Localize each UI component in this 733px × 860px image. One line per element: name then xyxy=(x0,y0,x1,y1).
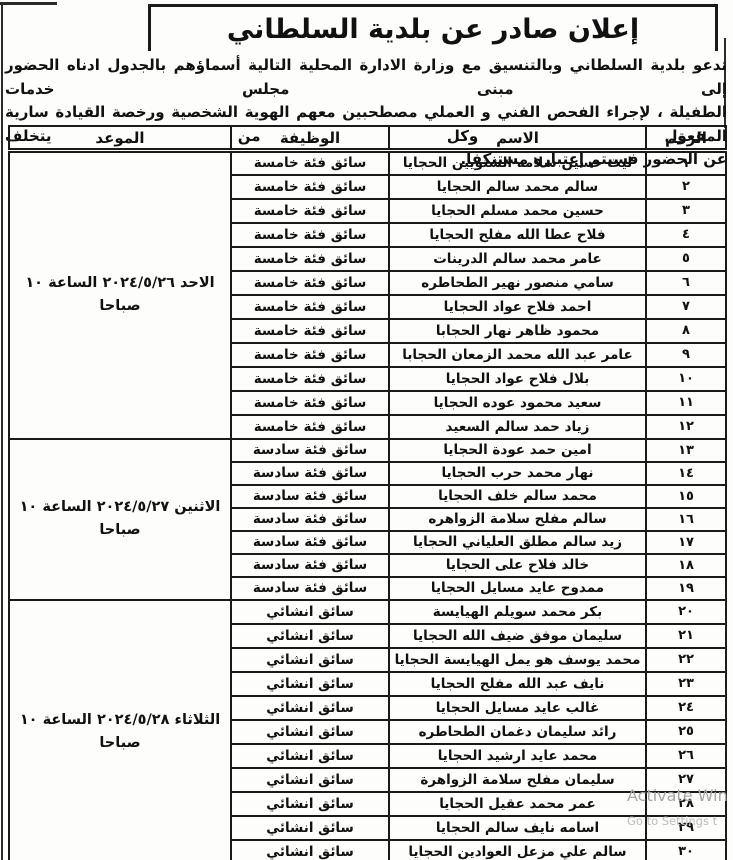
announcement-page: إعلان صادر عن بلدية السلطاني تدعو بلدية … xyxy=(0,0,733,860)
col-header-job: الوظيفة xyxy=(231,126,389,151)
cell-job: سائق انشائي xyxy=(231,744,389,768)
page-border-left xyxy=(1,3,3,860)
cell-number: ١٩ xyxy=(646,577,726,600)
cell-appointment-date: الاثنين ٢٠٢٤/٥/٢٧ الساعة ١٠صباحا xyxy=(9,439,231,600)
cell-name: بلال فلاح عواد الحجايا xyxy=(389,367,646,391)
cell-job: سائق فئة خامسة xyxy=(231,367,389,391)
table-row: ١٣امين حمد عودة الحجاياسائق فئة سادسةالا… xyxy=(9,439,726,462)
cell-number: ٣٠ xyxy=(646,840,726,860)
cell-job: سائق انشائي xyxy=(231,840,389,860)
cell-job: سائق فئة سادسة xyxy=(231,531,389,554)
col-header-name: الاسم xyxy=(389,126,646,151)
cell-name: محمد يوسف هو يمل الهيايسة الحجايا xyxy=(389,648,646,672)
cell-name: بكر محمد سويلم الهيايسة xyxy=(389,600,646,624)
page-border-top xyxy=(0,2,57,5)
cell-job: سائق فئة خامسة xyxy=(231,151,389,175)
cell-name: احمد فلاح عواد الحجايا xyxy=(389,295,646,319)
cell-name: محمود ظاهر نهار الحجابا xyxy=(389,319,646,343)
cell-name: سالم علي مزعل العوادين الحجايا xyxy=(389,840,646,860)
cell-name: سليمان مفلح سلامة الزواهرة xyxy=(389,768,646,792)
cell-job: سائق فئة خامسة xyxy=(231,343,389,367)
cell-name: زياد حمد سالم السعيد xyxy=(389,415,646,439)
cell-job: سائق فئة سادسة xyxy=(231,462,389,485)
cell-number: ٢٩ xyxy=(646,816,726,840)
cell-number: ٥ xyxy=(646,247,726,271)
cell-job: سائق انشائي xyxy=(231,648,389,672)
cell-number: ١٥ xyxy=(646,485,726,508)
cell-number: ١٧ xyxy=(646,531,726,554)
cell-number: ٢٧ xyxy=(646,768,726,792)
cell-job: سائق فئة خامسة xyxy=(231,295,389,319)
table-header-row: الرقم الاسم الوظيفة الموعد xyxy=(9,126,726,151)
cell-name: ممدوح عايد مسايل الحجايا xyxy=(389,577,646,600)
cell-job: سائق فئة خامسة xyxy=(231,175,389,199)
cell-name: امين حمد عودة الحجايا xyxy=(389,439,646,462)
cell-number: ٦ xyxy=(646,271,726,295)
cell-appointment-date: الثلاثاء ٢٠٢٤/٥/٢٨ الساعة ١٠صباحا xyxy=(9,600,231,860)
cell-job: سائق انشائي xyxy=(231,696,389,720)
cell-job: سائق فئة خامسة xyxy=(231,391,389,415)
table-body: ١ليث حسين سلامه الشتويين الحجاياسائق فئة… xyxy=(9,151,726,860)
appointment-time-line: صباحا xyxy=(10,732,230,755)
cell-name: نايف عبد الله مفلح الحجايا xyxy=(389,672,646,696)
cell-name: عمر محمد عقيل الحجايا xyxy=(389,792,646,816)
cell-number: ٤ xyxy=(646,223,726,247)
appointment-date-line: الاحد ٢٠٢٤/٥/٢٦ الساعة ١٠ xyxy=(10,272,230,295)
cell-job: سائق فئة خامسة xyxy=(231,415,389,439)
cell-job: سائق انشائي xyxy=(231,720,389,744)
cell-job: سائق انشائي xyxy=(231,600,389,624)
cell-name: اسامه نايف سالم الحجايا xyxy=(389,816,646,840)
col-header-number: الرقم xyxy=(646,126,726,151)
cell-number: ٩ xyxy=(646,343,726,367)
col-header-date: الموعد xyxy=(9,126,231,151)
cell-number: ٢٢ xyxy=(646,648,726,672)
cell-number: ٢ xyxy=(646,175,726,199)
cell-job: سائق انشائي xyxy=(231,672,389,696)
cell-name: ليث حسين سلامه الشتويين الحجايا xyxy=(389,151,646,175)
cell-name: سامي منصور نهير الطحاطره xyxy=(389,271,646,295)
cell-name: سالم مفلح سلامة الزواهره xyxy=(389,508,646,531)
cell-job: سائق فئة خامسة xyxy=(231,319,389,343)
cell-job: سائق فئة سادسة xyxy=(231,577,389,600)
cell-job: سائق انشائي xyxy=(231,624,389,648)
cell-name: نهار محمد حرب الحجايا xyxy=(389,462,646,485)
cell-number: ٢٤ xyxy=(646,696,726,720)
cell-number: ٢٣ xyxy=(646,672,726,696)
cell-job: سائق فئة خامسة xyxy=(231,271,389,295)
page-title: إعلان صادر عن بلدية السلطاني xyxy=(227,14,639,45)
cell-name: عامر عبد الله محمد الزمعان الحجابا xyxy=(389,343,646,367)
cell-number: ٢٨ xyxy=(646,792,726,816)
table-row: ١ليث حسين سلامه الشتويين الحجاياسائق فئة… xyxy=(9,151,726,175)
cell-name: محمد سالم خلف الحجايا xyxy=(389,485,646,508)
cell-job: سائق فئة سادسة xyxy=(231,508,389,531)
cell-number: ١١ xyxy=(646,391,726,415)
appointment-time-line: صباحا xyxy=(10,519,230,542)
appointment-date-line: الاثنين ٢٠٢٤/٥/٢٧ الساعة ١٠ xyxy=(10,496,230,519)
cell-number: ٢٥ xyxy=(646,720,726,744)
cell-appointment-date: الاحد ٢٠٢٤/٥/٢٦ الساعة ١٠صباحا xyxy=(9,151,231,439)
cell-job: سائق فئة سادسة xyxy=(231,554,389,577)
cell-job: سائق انشائي xyxy=(231,816,389,840)
cell-number: ٣ xyxy=(646,199,726,223)
cell-number: ٢٦ xyxy=(646,744,726,768)
cell-number: ٨ xyxy=(646,319,726,343)
cell-number: ١٨ xyxy=(646,554,726,577)
cell-number: ١٢ xyxy=(646,415,726,439)
cell-name: غالب عايد مسايل الحجايا xyxy=(389,696,646,720)
cell-number: ٢٠ xyxy=(646,600,726,624)
cell-job: سائق فئة خامسة xyxy=(231,247,389,271)
table-row: ٢٠بكر محمد سويلم الهيايسةسائق انشائيالثل… xyxy=(9,600,726,624)
cell-number: ١٣ xyxy=(646,439,726,462)
cell-name: سليمان موفق ضيف الله الحجايا xyxy=(389,624,646,648)
cell-name: فلاح عطا الله مفلح الحجايا xyxy=(389,223,646,247)
cell-name: سعيد محمود عوده الحجايا xyxy=(389,391,646,415)
cell-name: خالد فلاح على الحجايا xyxy=(389,554,646,577)
cell-job: سائق انشائي xyxy=(231,792,389,816)
cell-name: رائد سليمان دغمان الطحاطره xyxy=(389,720,646,744)
cell-job: سائق انشائي xyxy=(231,768,389,792)
cell-name: زيد سالم مطلق العلياني الحجايا xyxy=(389,531,646,554)
cell-number: ١ xyxy=(646,151,726,175)
cell-number: ٢١ xyxy=(646,624,726,648)
cell-name: محمد عايد ارشيد الحجايا xyxy=(389,744,646,768)
cell-job: سائق فئة سادسة xyxy=(231,485,389,508)
cell-number: ١٦ xyxy=(646,508,726,531)
intro-line-1: تدعو بلدية السلطاني وبالتنسيق مع وزارة ا… xyxy=(5,54,727,101)
cell-name: حسين محمد مسلم الحجايا xyxy=(389,199,646,223)
cell-number: ١٤ xyxy=(646,462,726,485)
cell-job: سائق فئة سادسة xyxy=(231,439,389,462)
cell-job: سائق فئة خامسة xyxy=(231,199,389,223)
cell-name: عامر محمد سالم الدرينات xyxy=(389,247,646,271)
schedule-table: الرقم الاسم الوظيفة الموعد ١ليث حسين سلا… xyxy=(8,125,727,860)
appointment-date-line: الثلاثاء ٢٠٢٤/٥/٢٨ الساعة ١٠ xyxy=(10,709,230,732)
cell-number: ٧ xyxy=(646,295,726,319)
appointment-time-line: صباحا xyxy=(10,295,230,318)
cell-job: سائق فئة خامسة xyxy=(231,223,389,247)
cell-name: سالم محمد سالم الحجايا xyxy=(389,175,646,199)
cell-number: ١٠ xyxy=(646,367,726,391)
title-box: إعلان صادر عن بلدية السلطاني xyxy=(148,4,718,51)
